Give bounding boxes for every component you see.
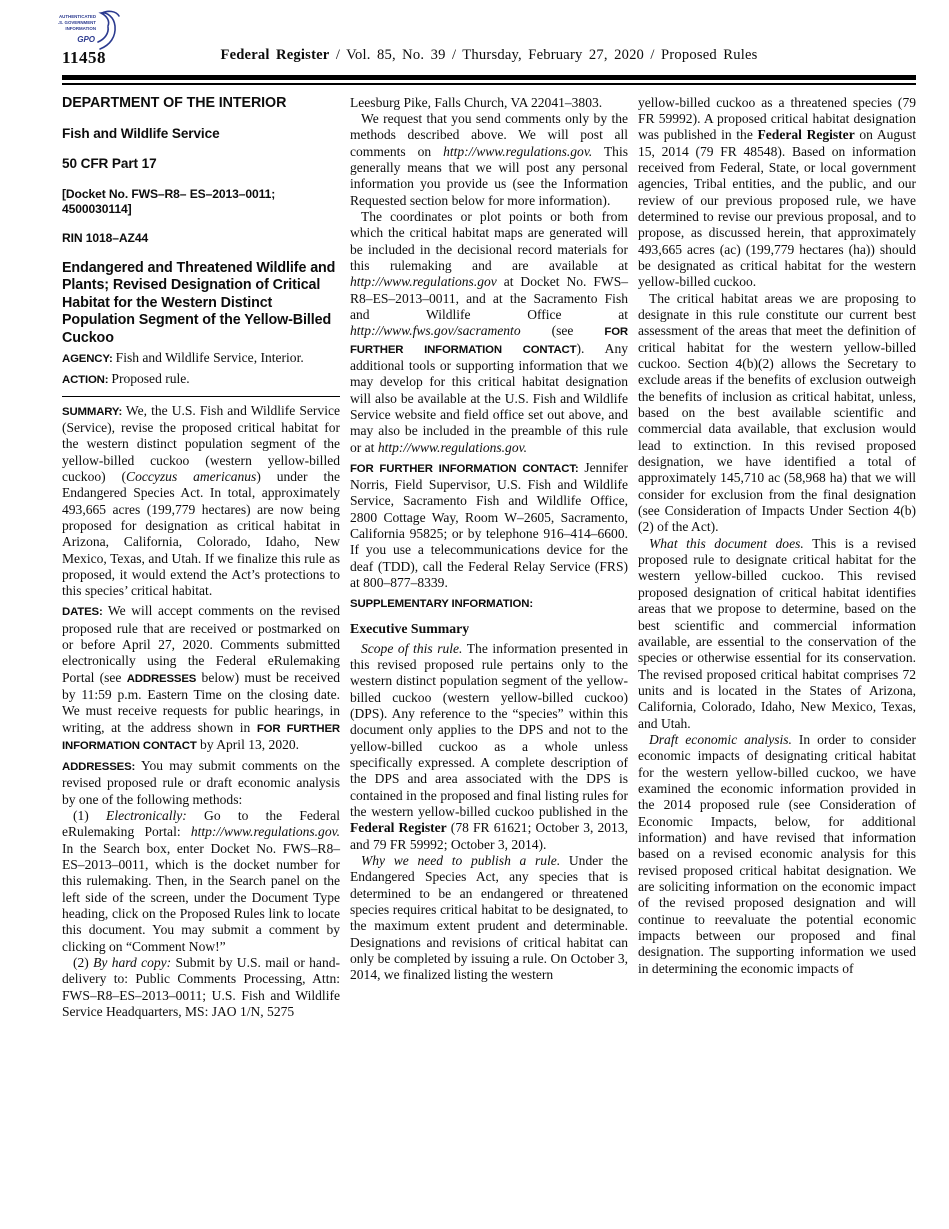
text-segment: Coccyzus americanus [126,469,256,484]
method-2-para: (2) By hard copy: Submit by U.S. mail or… [62,955,340,1020]
addresses-para: ADDRESSES: You may submit comments on th… [62,758,340,808]
text-segment: http://www.regulations.gov. [191,824,340,839]
why-publish-para: Why we need to publish a rule. Under the… [350,853,628,984]
text-segment: http://www.regulations.gov. [378,440,527,455]
contact-para: FOR FURTHER INFORMATION CONTACT: Jennife… [350,460,628,592]
text-segment: (2) [73,955,93,970]
column-3: yellow-billed cuckoo as a threatened spe… [638,95,916,1021]
column-2: Leesburg Pike, Falls Church, VA 22041–38… [350,95,628,1021]
supplementary-information-label: SUPPLEMENTARY INFORMATION: [350,595,628,612]
document-title: Endangered and Threatened Wildlife and P… [62,260,340,347]
address-continuation-para: Leesburg Pike, Falls Church, VA 22041–38… [350,95,628,111]
cfr-part-heading: 50 CFR Part 17 [62,156,340,173]
text-segment: Electronically: [106,808,187,823]
section-label: FOR FURTHER INFORMATION CONTACT: [350,463,584,475]
section-label: DATES: [62,606,108,618]
docket-number: [Docket No. FWS–R8– ES–2013–0011; 450003… [62,187,340,217]
page-header: 11458 Federal Register / Vol. 85, No. 39… [62,0,916,69]
critical-habitat-areas-para: The critical habitat areas we are propos… [638,291,916,536]
text-segment: Draft economic analysis. [649,732,792,747]
text-segment: Jennifer Norris, Field Supervisor, U.S. … [350,460,628,590]
text-segment: ). Any additional tools or supporting in… [350,341,628,455]
journal-citation: / Vol. 85, No. 39 / Thursday, February 2… [329,47,757,63]
text-segment: Under the Endangered Species Act, any sp… [350,853,628,982]
three-column-body: DEPARTMENT OF THE INTERIORFish and Wildl… [62,95,916,1021]
text-segment: (1) [73,808,106,823]
journal-title: Federal Register [220,47,329,63]
section-label: AGENCY: [62,353,116,365]
text-segment: Federal Register [758,127,855,142]
text-segment: http://www.regulations.gov. [443,144,592,159]
text-segment: Proposed rule. [111,371,189,386]
document-sheet: AUTHENTICATED U.S. GOVERNMENT INFORMATIO… [0,0,949,1020]
action-para: ACTION: Proposed rule. [62,371,340,388]
page-number: 11458 [62,48,106,68]
text-segment: The information presented in this revise… [350,641,628,819]
text-segment: http://www.fws.gov/sacramento [350,323,521,338]
running-head: Federal Register / Vol. 85, No. 39 / Thu… [62,47,916,64]
department-heading: DEPARTMENT OF THE INTERIOR [62,95,340,112]
header-rule-thick [62,75,916,80]
agency-para: AGENCY: Fish and Wildlife Service, Inter… [62,350,340,367]
section-divider [62,396,340,397]
section-label: SUMMARY: [62,406,126,418]
executive-summary-heading: Executive Summary [350,621,628,637]
draft-economic-analysis-para: Draft economic analysis. In order to con… [638,732,916,977]
text-segment: This is a revised proposed rule to desig… [638,536,916,731]
text-segment: By hard copy: [93,955,171,970]
text-segment: Scope of this rule. [361,641,462,656]
rin-number: RIN 1018–AZ44 [62,231,340,246]
section-label: SUPPLEMENTARY INFORMATION: [350,598,533,610]
text-segment: Federal Register [350,820,447,835]
agency-subheading: Fish and Wildlife Service [62,126,340,143]
federal-register-page: { "page": {"background": "#ffffff", "ink… [0,0,949,1229]
scope-para: Scope of this rule. The information pres… [350,641,628,853]
text-segment: Fish and Wildlife Service, Interior. [116,350,304,365]
text-segment: The coordinates or plot points or both f… [350,209,628,273]
method-1-para: (1) Electronically: Go to the Federal eR… [62,808,340,955]
column-1: DEPARTMENT OF THE INTERIORFish and Wildl… [62,95,340,1021]
section-label: ADDRESSES: [62,761,141,773]
comment-methods-para: We request that you send comments only b… [350,111,628,209]
section-label: ADDRESSES [127,673,197,685]
dates-para: DATES: We will accept comments on the re… [62,603,340,754]
text-segment: Leesburg Pike, Falls Church, VA 22041–38… [350,95,602,110]
text-segment: In the Search box, enter Docket No. FWS–… [62,841,340,954]
text-segment: ) under the Endangered Species Act. In t… [62,469,340,598]
text-segment: on August 15, 2014 (79 FR 48548). Based … [638,127,916,289]
summary-para: SUMMARY: We, the U.S. Fish and Wildlife … [62,403,340,600]
text-segment: (see [521,323,605,338]
text-segment: What this document does. [649,536,804,551]
text-segment: Why we need to publish a rule. [361,853,560,868]
text-segment: The critical habitat areas we are propos… [638,291,916,535]
coordinates-para: The coordinates or plot points or both f… [350,209,628,456]
what-document-does-para: What this document does. This is a revis… [638,536,916,732]
threatened-species-para: yellow-billed cuckoo as a threatened spe… [638,95,916,291]
text-segment: by April 13, 2020. [197,737,299,752]
text-segment: In order to consider economic impacts of… [638,732,916,976]
header-rule-thin [62,83,916,85]
section-label: ACTION: [62,374,111,386]
text-segment: http://www.regulations.gov [350,274,497,289]
